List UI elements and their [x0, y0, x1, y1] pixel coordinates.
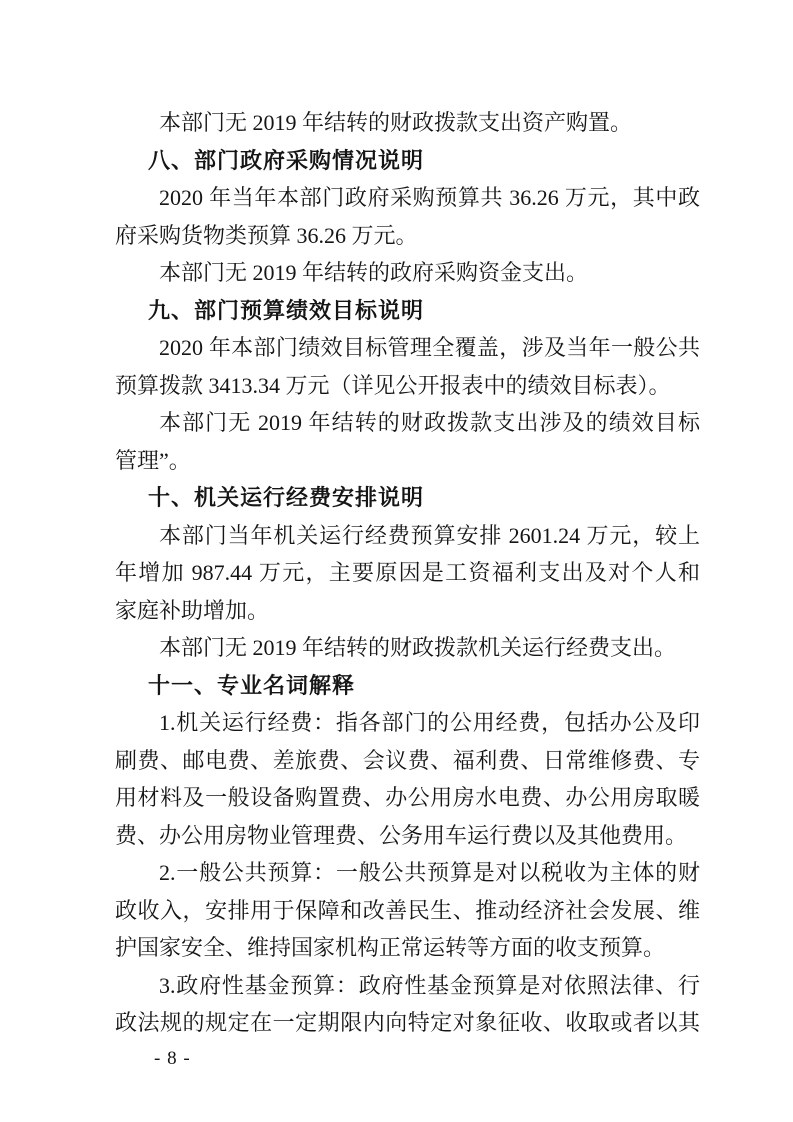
paragraph-line: 府采购货物类预算 36.26 万元。: [115, 217, 700, 255]
section-heading-10: 十、机关运行经费安排说明: [115, 479, 700, 517]
paragraph-line: 刷费、邮电费、差旅费、会议费、福利费、日常维修费、专: [115, 742, 700, 780]
paragraph-line: 政收入，安排用于保障和改善民生、推动经济社会发展、维: [115, 892, 700, 930]
paragraph-line: 本部门无 2019 年结转的财政拨款支出涉及的绩效目标: [115, 404, 700, 442]
paragraph-line: 护国家安全、维持国家机构正常运转等方面的收支预算。: [115, 929, 700, 967]
paragraph-line: 家庭补助增加。: [115, 592, 700, 630]
paragraph-line: 管理”。: [115, 442, 700, 480]
section-heading-8: 八、部门政府采购情况说明: [115, 142, 700, 180]
paragraph-line: 本部门无 2019 年结转的财政拨款机关运行经费支出。: [115, 629, 700, 667]
paragraph-line: 3.政府性基金预算：政府性基金预算是对依照法律、行: [115, 967, 700, 1005]
paragraph-line: 预算拨款 3413.34 万元（详见公开报表中的绩效目标表）。: [115, 367, 700, 405]
document-page: 本部门无 2019 年结转的财政拨款支出资产购置。 八、部门政府采购情况说明 2…: [0, 0, 793, 1122]
paragraph-line: 2.一般公共预算：一般公共预算是对以税收为主体的财: [115, 854, 700, 892]
paragraph-line: 本部门无 2019 年结转的政府采购资金支出。: [115, 254, 700, 292]
paragraph-line: 用材料及一般设备购置费、办公用房水电费、办公用房取暖: [115, 779, 700, 817]
paragraph-line: 本部门当年机关运行经费预算安排 2601.24 万元，较上: [115, 517, 700, 555]
paragraph-line: 本部门无 2019 年结转的财政拨款支出资产购置。: [115, 104, 700, 142]
paragraph-line: 政法规的规定在一定期限内向特定对象征收、收取或者以其: [115, 1004, 700, 1042]
section-heading-11: 十一、专业名词解释: [115, 667, 700, 705]
page-number: - 8 -: [115, 1046, 700, 1072]
paragraph-line: 1.机关运行经费：指各部门的公用经费，包括办公及印: [115, 704, 700, 742]
paragraph-line: 2020 年本部门绩效目标管理全覆盖，涉及当年一般公共: [115, 329, 700, 367]
paragraph-line: 费、办公用房物业管理费、公务用车运行费以及其他费用。: [115, 817, 700, 855]
section-heading-9: 九、部门预算绩效目标说明: [115, 292, 700, 330]
paragraph-line: 2020 年当年本部门政府采购预算共 36.26 万元，其中政: [115, 179, 700, 217]
paragraph-line: 年增加 987.44 万元，主要原因是工资福利支出及对个人和: [115, 554, 700, 592]
